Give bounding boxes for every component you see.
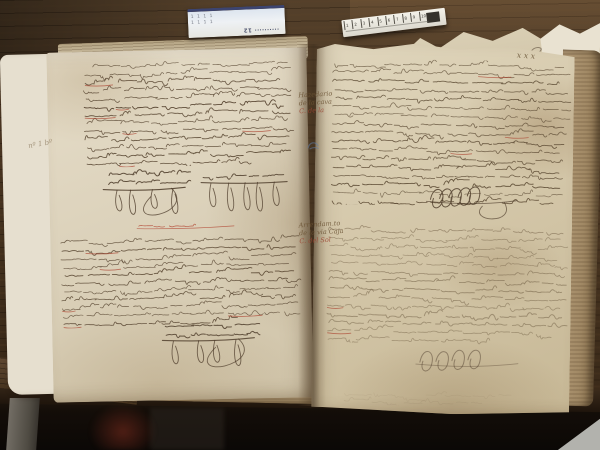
right-page: xxx xyxy=(311,40,575,416)
blue-pencil-mark xyxy=(307,140,322,151)
table-leg xyxy=(6,398,40,450)
folio-number: xxx xyxy=(516,51,538,61)
left-page xyxy=(46,47,313,402)
card-label-text: ·········· 12 xyxy=(244,25,280,33)
red-cloth-patch xyxy=(90,404,156,450)
table-leg-shadow xyxy=(150,408,224,450)
card-tick-row: 1 1 1 1 xyxy=(191,20,214,27)
margin-notes-lower: Arrendam.to de la via Caja C. del Sol xyxy=(298,219,349,246)
photo-open-manuscript-on-table: xxx nº 1 bº Hazedario de la cava C. de l… xyxy=(0,0,600,450)
card-tick-rows: 1 1 1 1 1 1 1 1 xyxy=(191,14,214,27)
margin-note-line-red: C. de la xyxy=(299,105,349,116)
archival-label-card: 1 1 1 1 1 1 1 1 ·········· 12 xyxy=(187,5,285,38)
margin-notes-upper: Hazedario de la cava C. de la xyxy=(298,89,350,126)
